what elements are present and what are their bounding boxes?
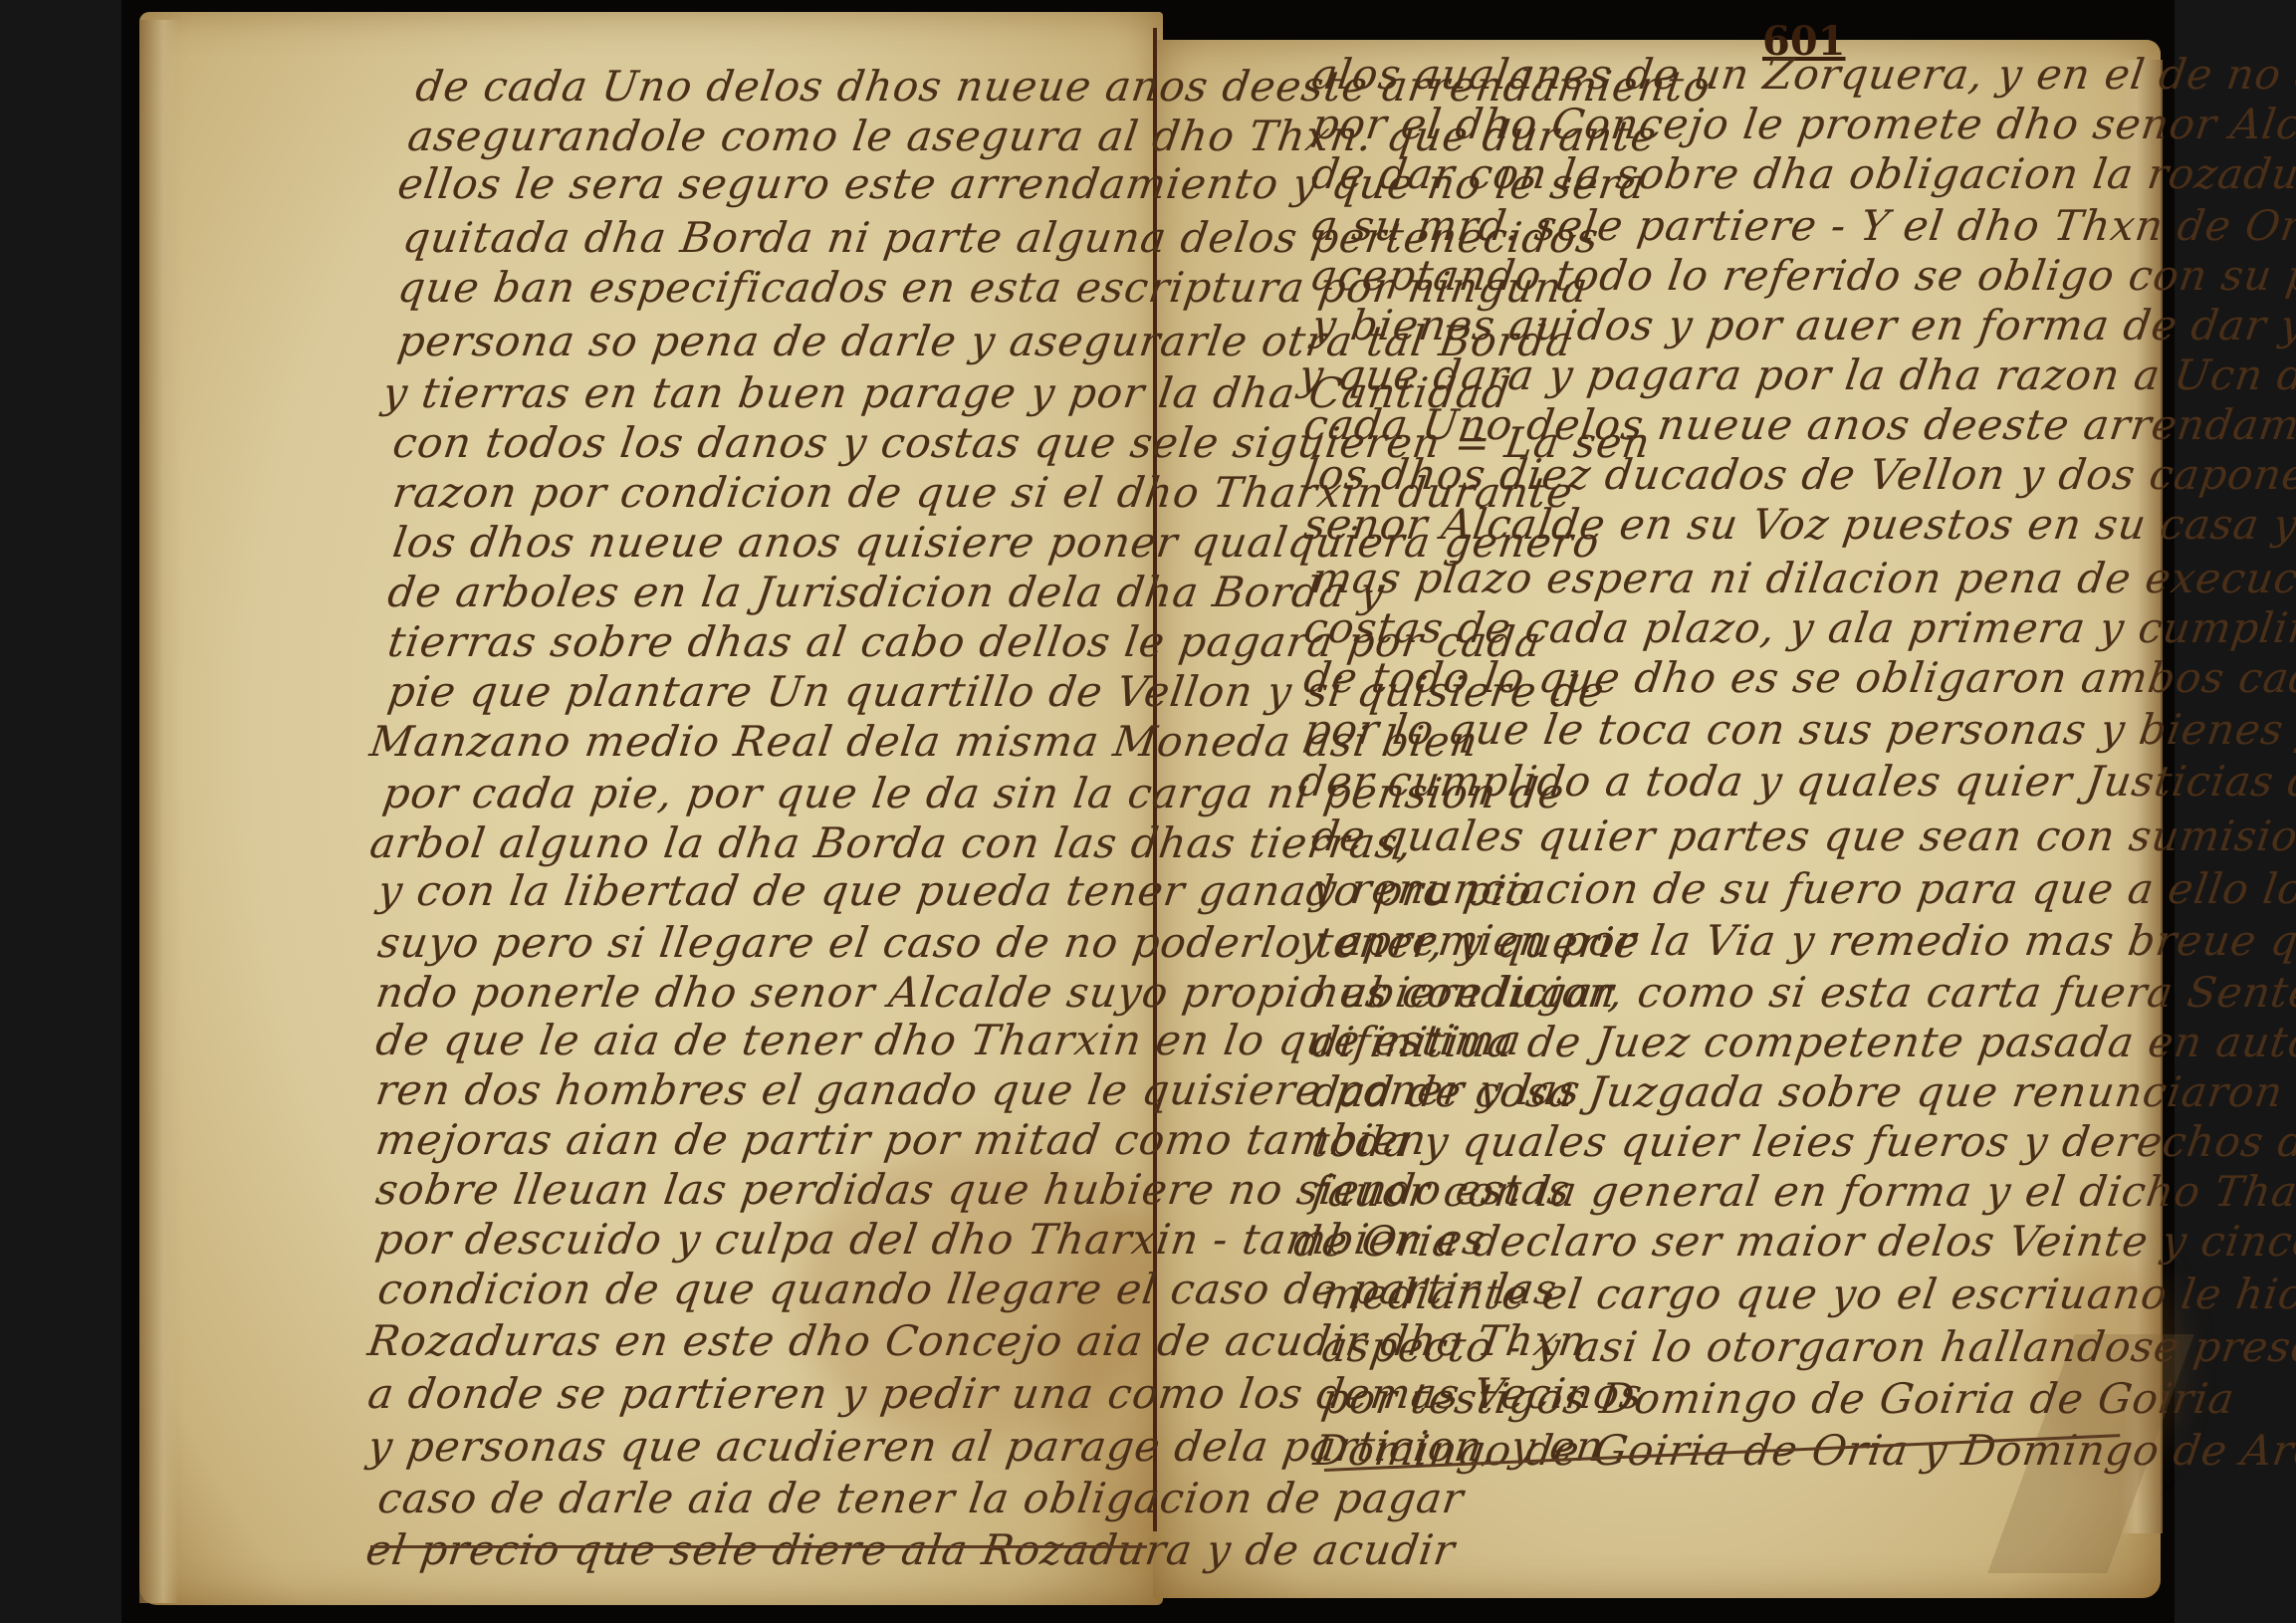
manuscript-line: aceptando todo lo referido se obligo con… (1309, 251, 2296, 300)
manuscript-line: costas de cada plazo, y ala primera y cu… (1301, 603, 2296, 652)
left-page-torn-edge (139, 20, 179, 1603)
manuscript-line: alos aualanes de un Zorquera, y en el de… (1309, 50, 2296, 99)
manuscript-line: aspecto - y asi lo otorgaron hallandose … (1319, 1322, 2296, 1371)
manuscript-line: dad de cosa Juzgada sobre que renunciaro… (1309, 1067, 2287, 1116)
manuscript-line: mas plazo espera ni dilacion pena de exe… (1309, 554, 2296, 602)
manuscript-line: fauor con la general en forma y el dicho… (1309, 1167, 2296, 1216)
manuscript-line: mejoras aian de partir por mitad como ta… (373, 1115, 1431, 1164)
manuscript-line: por lo que le toca con sus personas y bi… (1301, 705, 2296, 754)
manuscript-line: de dar con la sobre dha obligacion la ro… (1309, 149, 2296, 198)
manuscript-line: toda y quales quier leies fueros y derec… (1309, 1117, 2296, 1166)
manuscript-line: y que dara y pagara por la dha razon a U… (1296, 350, 2296, 399)
manuscript-line: y renunciacion de su fuero para que a el… (1309, 864, 2296, 913)
manuscript-line: de todo lo que dho es se obligaron ambos… (1301, 653, 2296, 702)
manuscript-line: a su mrd. sele partiere - Y el dho Thxn … (1309, 201, 2296, 250)
manuscript-line: por testigos Domingo de Goiria de Goiria (1319, 1374, 2238, 1423)
manuscript-line: por el dho Concejo le promete dho senor … (1309, 100, 2296, 148)
manuscript-line: de quales quier partes que sean con sumi… (1309, 811, 2296, 860)
manuscript-line: y apremien por la Via y remedio mas breu… (1296, 916, 2296, 965)
manuscript-line: el precio que sele diere ala Rozadura y … (363, 1525, 1459, 1574)
manuscript-line: difinitiua de Juez competente pasada en … (1309, 1018, 2296, 1066)
manuscript-line: hubiere lugar, como si esta carta fuera … (1309, 968, 2296, 1017)
manuscript-line: arbol alguno la dha Borda con las dhas t… (367, 818, 1416, 867)
closing-rule (370, 1545, 1147, 1548)
manuscript-line: caso de darle aia de tener la obligacion… (375, 1474, 1468, 1522)
manuscript-line: de Oria declaro ser maior delos Veinte y… (1291, 1217, 2296, 1266)
manuscript-line: cada Uno delos nueue anos deeste arrenda… (1301, 400, 2296, 449)
manuscript-line: de arboles en la Jurisdicion dela dha Bo… (385, 568, 1389, 616)
manuscript-line: der cumplido a toda y quales quier Justi… (1296, 757, 2296, 806)
manuscript-line: los dhos diez ducados de Vellon y dos ca… (1301, 450, 2296, 499)
manuscript-line: mediante el cargo que yo el escriuano le… (1319, 1270, 2296, 1318)
manuscript-line: y bienes auidos y por auer en forma de d… (1309, 301, 2296, 349)
manuscript-line: senor Alcalde en su Voz puestos en su ca… (1301, 500, 2296, 549)
